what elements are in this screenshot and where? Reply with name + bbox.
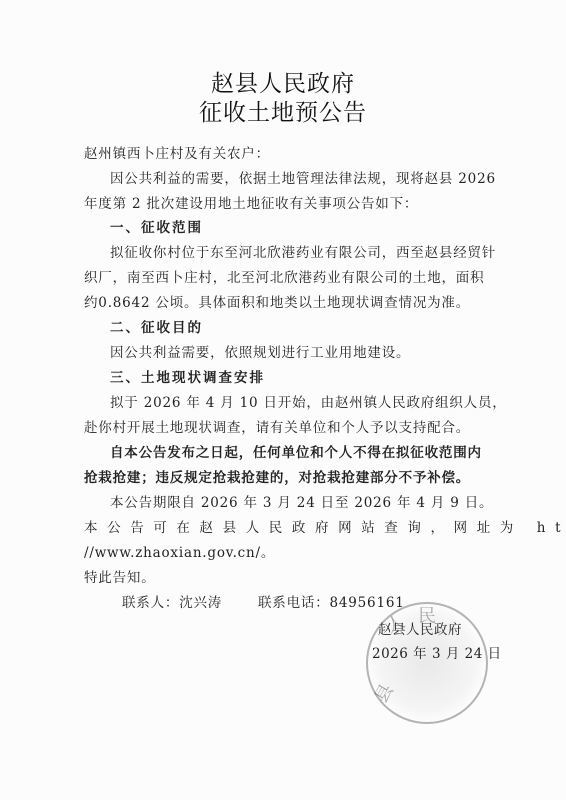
warning-line-1: 自本公告发布之日起，任何单位和个人不得在拟征收范围内 [110,441,482,461]
closing: 特此告知。 [84,566,156,586]
document-title: 征收土地预公告 [0,94,566,127]
seal-char-3: 县 [367,679,399,708]
contact-person: 联系人：沈兴涛 [122,591,222,611]
salutation: 赵州镇西卜庄村及有关农户： [84,142,270,162]
document-page: 赵县人民政府 征收土地预公告 赵州镇西卜庄村及有关农户： 因公共利益的需要，依据… [0,0,566,800]
section-1-heading: 一、征收范围 [110,216,203,236]
sign-date: 2026 年 3 月 24 日 [372,642,502,662]
intro-line-1: 因公共利益的需要，依据土地管理法律法规，现将赵县 2026 [110,167,496,187]
notice-period: 本公告期限自 2026 年 3 月 24 日至 2026 年 4 月 9 日。 [110,491,493,511]
website-line-1: 本公告可在赵县人民政府网站查询，网址为 http: [84,516,566,536]
section-1-line-3: 约0.8642 公顷。具体面积和地类以土地现状调查情况为准。 [84,291,470,311]
section-1-line-1: 拟征收你村位于东至河北欣港药业有限公司，西至赵县经贸针 [110,241,496,261]
signer: 赵县人民政府 [378,618,462,638]
section-3-line-2: 赴你村开展土地现状调查，请有关单位和个人予以支持配合。 [84,416,470,436]
website-line-2: //www.zhaoxian.gov.cn/。 [84,541,275,561]
section-2-line-1: 因公共利益需要，依照规划进行工业用地建设。 [110,341,410,361]
section-2-heading: 二、征收目的 [110,316,203,336]
warning-line-2: 抢栽抢建；违反规定抢栽抢建的，对抢栽抢建部分不予补偿。 [84,466,470,486]
intro-line-2: 年度第 2 批次建设用地土地征收有关事项公告如下： [84,192,418,212]
section-3-line-1: 拟于 2026 年 4 月 10 日开始，由赵州镇人民政府组织人员， [110,391,507,411]
section-3-heading: 三、土地现状调查安排 [110,366,265,386]
contact-phone: 联系电话：84956161 [258,591,405,611]
section-1-line-2: 织厂，南至西卜庄村，北至河北欣港药业有限公司的土地，面积 [84,266,484,286]
